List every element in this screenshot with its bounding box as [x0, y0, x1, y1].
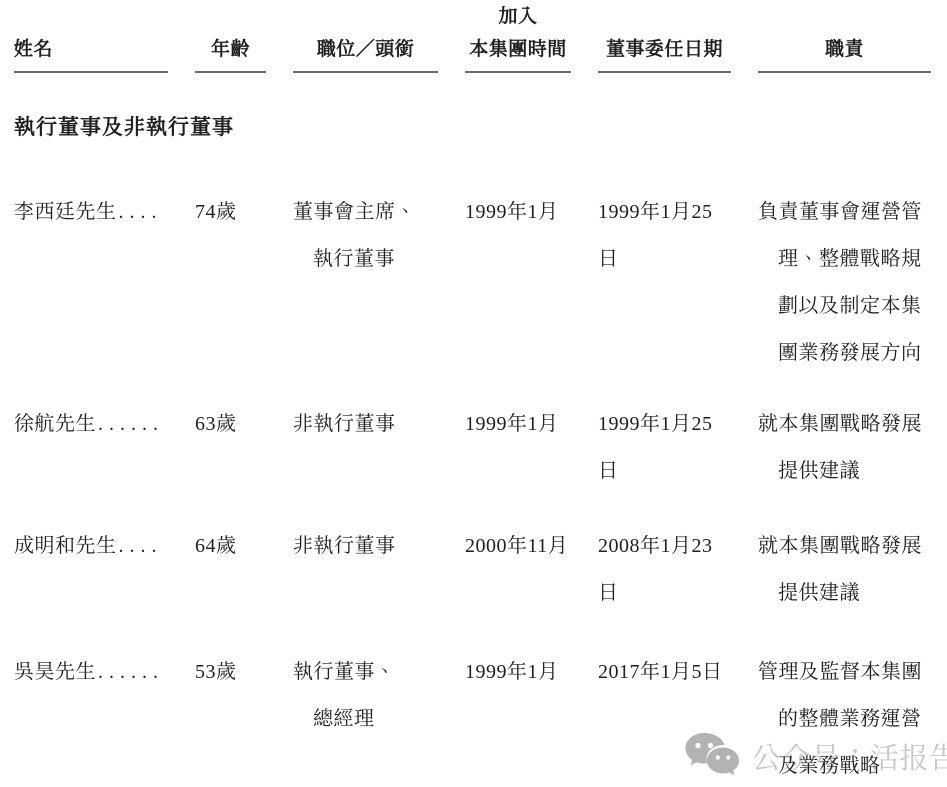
column-header-appointed: 董事委任日期 [598, 0, 731, 73]
cell-position: 非執行董事 [293, 523, 438, 570]
dot-leader: .... [119, 201, 163, 223]
column-header-name: 姓名 [14, 0, 168, 73]
cell-duties: 管理及監督本集團 的整體業務運營 及業務戰略 [758, 649, 931, 787]
cell-name: 吳昊先生...... [14, 649, 168, 696]
cell-position: 董事會主席、 執行董事 [293, 189, 438, 283]
cell-joined: 1999年1月 [465, 189, 571, 236]
column-header-duties: 職責 [758, 0, 931, 73]
cell-appointed: 2008年1月23日 [598, 523, 731, 617]
cell-name: 成明和先生.... [14, 523, 168, 570]
table-row: 成明和先生.... 64歲 非執行董事 2000年11月 2008年1月23日 … [14, 523, 931, 617]
table-row: 吳昊先生...... 53歲 執行董事、 總經理 1999年1月 2017年1月… [14, 649, 931, 787]
cell-duties: 負責董事會運營管 理、整體戰略規 劃以及制定本集 團業務發展方向 [758, 189, 931, 377]
table-row: 徐航先生...... 63歲 非執行董事 1999年1月 1999年1月25日 … [14, 401, 931, 495]
cell-joined: 1999年1月 [465, 649, 571, 696]
cell-joined: 2000年11月 [465, 523, 571, 570]
director-name: 成明和先生 [14, 535, 117, 557]
directors-table: 姓名 年齡 職位／頭銜 加入 本集團時間 董事委任日期 職責 執行董事及非執行董… [0, 0, 947, 787]
director-name: 李西廷先生 [14, 201, 117, 223]
cell-appointed: 1999年1月25日 [598, 189, 731, 283]
section-heading: 執行董事及非執行董事 [14, 113, 931, 141]
cell-age: 64歲 [195, 523, 266, 570]
director-name: 徐航先生 [14, 413, 96, 435]
table-header-row: 姓名 年齡 職位／頭銜 加入 本集團時間 董事委任日期 職責 [14, 0, 931, 73]
cell-duties: 就本集團戰略發展 提供建議 [758, 523, 931, 617]
dot-leader: ...... [98, 413, 164, 435]
cell-appointed: 1999年1月25日 [598, 401, 731, 495]
cell-age: 53歲 [195, 649, 266, 696]
table-row: 李西廷先生.... 74歲 董事會主席、 執行董事 1999年1月 1999年1… [14, 189, 931, 377]
dot-leader: .... [119, 535, 163, 557]
dot-leader: ...... [98, 661, 164, 683]
column-header-age: 年齡 [195, 0, 266, 73]
cell-joined: 1999年1月 [465, 401, 571, 448]
column-header-joined: 加入 本集團時間 [465, 0, 571, 73]
cell-age: 63歲 [195, 401, 266, 448]
cell-appointed: 2017年1月5日 [598, 649, 731, 696]
cell-position: 執行董事、 總經理 [293, 649, 438, 743]
director-name: 吳昊先生 [14, 661, 96, 683]
column-header-position: 職位／頭銜 [293, 0, 438, 73]
cell-name: 徐航先生...... [14, 401, 168, 448]
cell-position: 非執行董事 [293, 401, 438, 448]
document-page: 公众号：活报告 姓名 年齡 職位／頭銜 加入 本集團時間 董事委任日期 職責 執… [0, 0, 947, 787]
cell-name: 李西廷先生.... [14, 189, 168, 236]
cell-duties: 就本集團戰略發展 提供建議 [758, 401, 931, 495]
cell-age: 74歲 [195, 189, 266, 236]
